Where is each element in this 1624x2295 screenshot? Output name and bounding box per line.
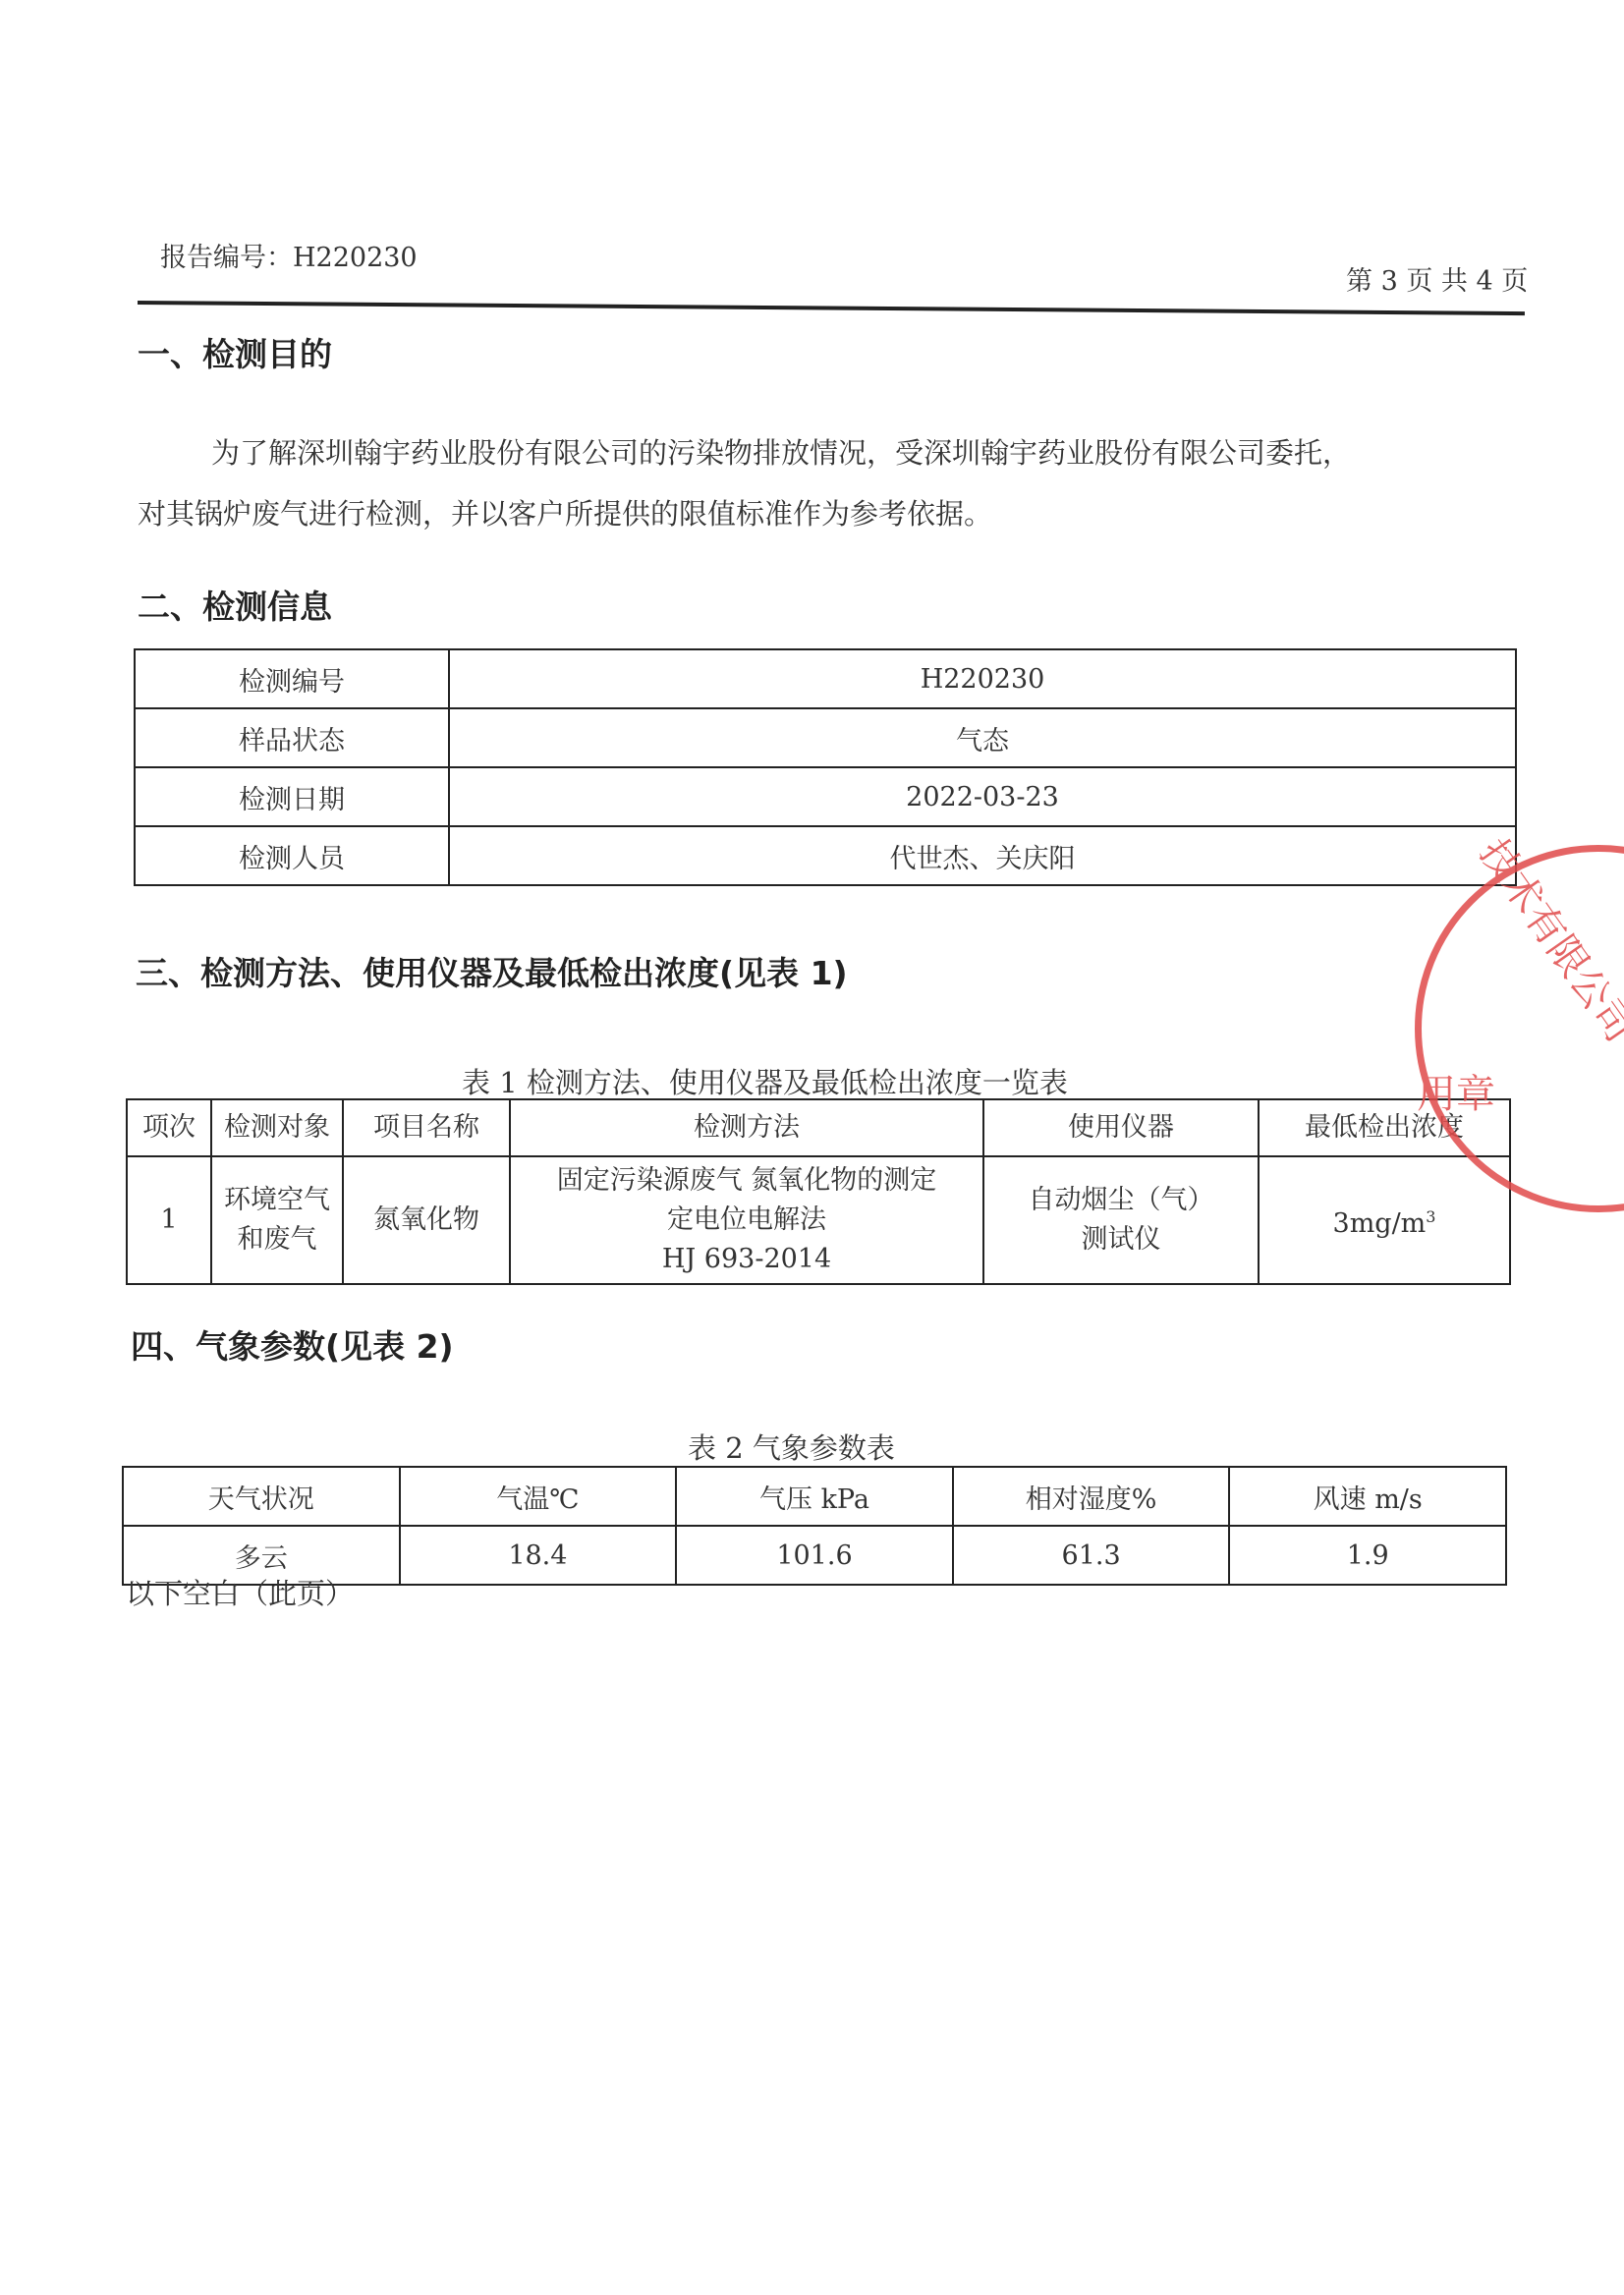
col-header: 气压 kPa xyxy=(676,1467,953,1526)
info-value: H220230 xyxy=(449,649,1516,708)
info-value: 气态 xyxy=(449,708,1516,767)
blank-below-note: 以下空白（此页） xyxy=(126,1572,354,1612)
cell-item: 氮氧化物 xyxy=(343,1156,510,1284)
page-indicator: 第 3 页 共 4 页 xyxy=(1346,259,1528,298)
pressure-value: 101.6 xyxy=(676,1526,953,1585)
col-header: 天气状况 xyxy=(123,1467,400,1526)
weather-table: 天气状况 气温℃ 气压 kPa 相对湿度% 风速 m/s 多云 18.4 101… xyxy=(122,1466,1507,1586)
object-line: 和废气 xyxy=(238,1224,317,1255)
table2-caption: 表 2 气象参数表 xyxy=(688,1427,895,1467)
object-line: 环境空气 xyxy=(224,1185,330,1215)
col-header: 相对湿度% xyxy=(953,1467,1230,1526)
table-row: 检测人员 代世杰、关庆阳 xyxy=(135,826,1516,885)
instrument-line: 测试仪 xyxy=(1082,1224,1161,1255)
humidity-value: 61.3 xyxy=(953,1526,1230,1585)
purpose-line-2: 对其锅炉废气进行检测，并以客户所提供的限值标准作为参考依据。 xyxy=(138,497,992,531)
col-header: 检测方法 xyxy=(510,1099,983,1156)
col-header: 最低检出浓度 xyxy=(1259,1099,1510,1156)
section-title-purpose: 一、检测目的 xyxy=(138,329,332,375)
purpose-paragraph: 为了解深圳翰宇药业股份有限公司的污染物排放情况，受深圳翰宇药业股份有限公司委托，… xyxy=(138,422,1533,544)
info-label: 检测日期 xyxy=(135,767,449,826)
methods-table: 项次 检测对象 项目名称 检测方法 使用仪器 最低检出浓度 1 环境空气 和废气… xyxy=(126,1098,1511,1285)
col-header: 气温℃ xyxy=(400,1467,677,1526)
instrument-line: 自动烟尘（气） xyxy=(1029,1185,1214,1215)
method-line: 固定污染源废气 氮氧化物的测定 xyxy=(557,1165,937,1196)
table-row: 1 环境空气 和废气 氮氧化物 固定污染源废气 氮氧化物的测定 定电位电解法 H… xyxy=(127,1156,1510,1284)
section-title-info: 二、检测信息 xyxy=(138,582,332,628)
cell-index: 1 xyxy=(127,1156,211,1284)
info-label: 检测编号 xyxy=(135,649,449,708)
wind-speed-value: 1.9 xyxy=(1229,1526,1506,1585)
col-header: 风速 m/s xyxy=(1229,1467,1506,1526)
info-label: 样品状态 xyxy=(135,708,449,767)
info-value: 2022-03-23 xyxy=(449,767,1516,826)
table-row: 样品状态 气态 xyxy=(135,708,1516,767)
info-value: 代世杰、关庆阳 xyxy=(449,826,1516,885)
cell-limit: 3mg/m3 xyxy=(1259,1156,1510,1284)
table-row: 检测日期 2022-03-23 xyxy=(135,767,1516,826)
col-header: 项目名称 xyxy=(343,1099,510,1156)
limit-value: 3mg/m xyxy=(1333,1208,1427,1239)
limit-unit-exponent: 3 xyxy=(1426,1207,1435,1226)
col-header: 使用仪器 xyxy=(983,1099,1259,1156)
section-title-weather: 四、气象参数(见表 2) xyxy=(131,1321,454,1368)
method-line: 定电位电解法 xyxy=(667,1204,826,1235)
col-header: 项次 xyxy=(127,1099,211,1156)
table-header-row: 项次 检测对象 项目名称 检测方法 使用仪器 最低检出浓度 xyxy=(127,1099,1510,1156)
col-header: 检测对象 xyxy=(211,1099,343,1156)
method-line: HJ 693-2014 xyxy=(662,1244,831,1274)
report-number: 报告编号：H220230 xyxy=(160,236,418,274)
purpose-line-1: 为了解深圳翰宇药业股份有限公司的污染物排放情况，受深圳翰宇药业股份有限公司委托， xyxy=(211,436,1351,470)
table-header-row: 天气状况 气温℃ 气压 kPa 相对湿度% 风速 m/s xyxy=(123,1467,1506,1526)
info-label: 检测人员 xyxy=(135,826,449,885)
cell-method: 固定污染源废气 氮氧化物的测定 定电位电解法 HJ 693-2014 xyxy=(510,1156,983,1284)
cell-instrument: 自动烟尘（气） 测试仪 xyxy=(983,1156,1259,1284)
info-table: 检测编号 H220230 样品状态 气态 检测日期 2022-03-23 检测人… xyxy=(134,648,1517,886)
temperature-value: 18.4 xyxy=(400,1526,677,1585)
table-row: 检测编号 H220230 xyxy=(135,649,1516,708)
section-title-methods: 三、检测方法、使用仪器及最低检出浓度(见表 1) xyxy=(136,948,848,994)
cell-object: 环境空气 和废气 xyxy=(211,1156,343,1284)
table1-caption: 表 1 检测方法、使用仪器及最低检出浓度一览表 xyxy=(462,1061,1068,1101)
header-divider xyxy=(138,301,1525,315)
